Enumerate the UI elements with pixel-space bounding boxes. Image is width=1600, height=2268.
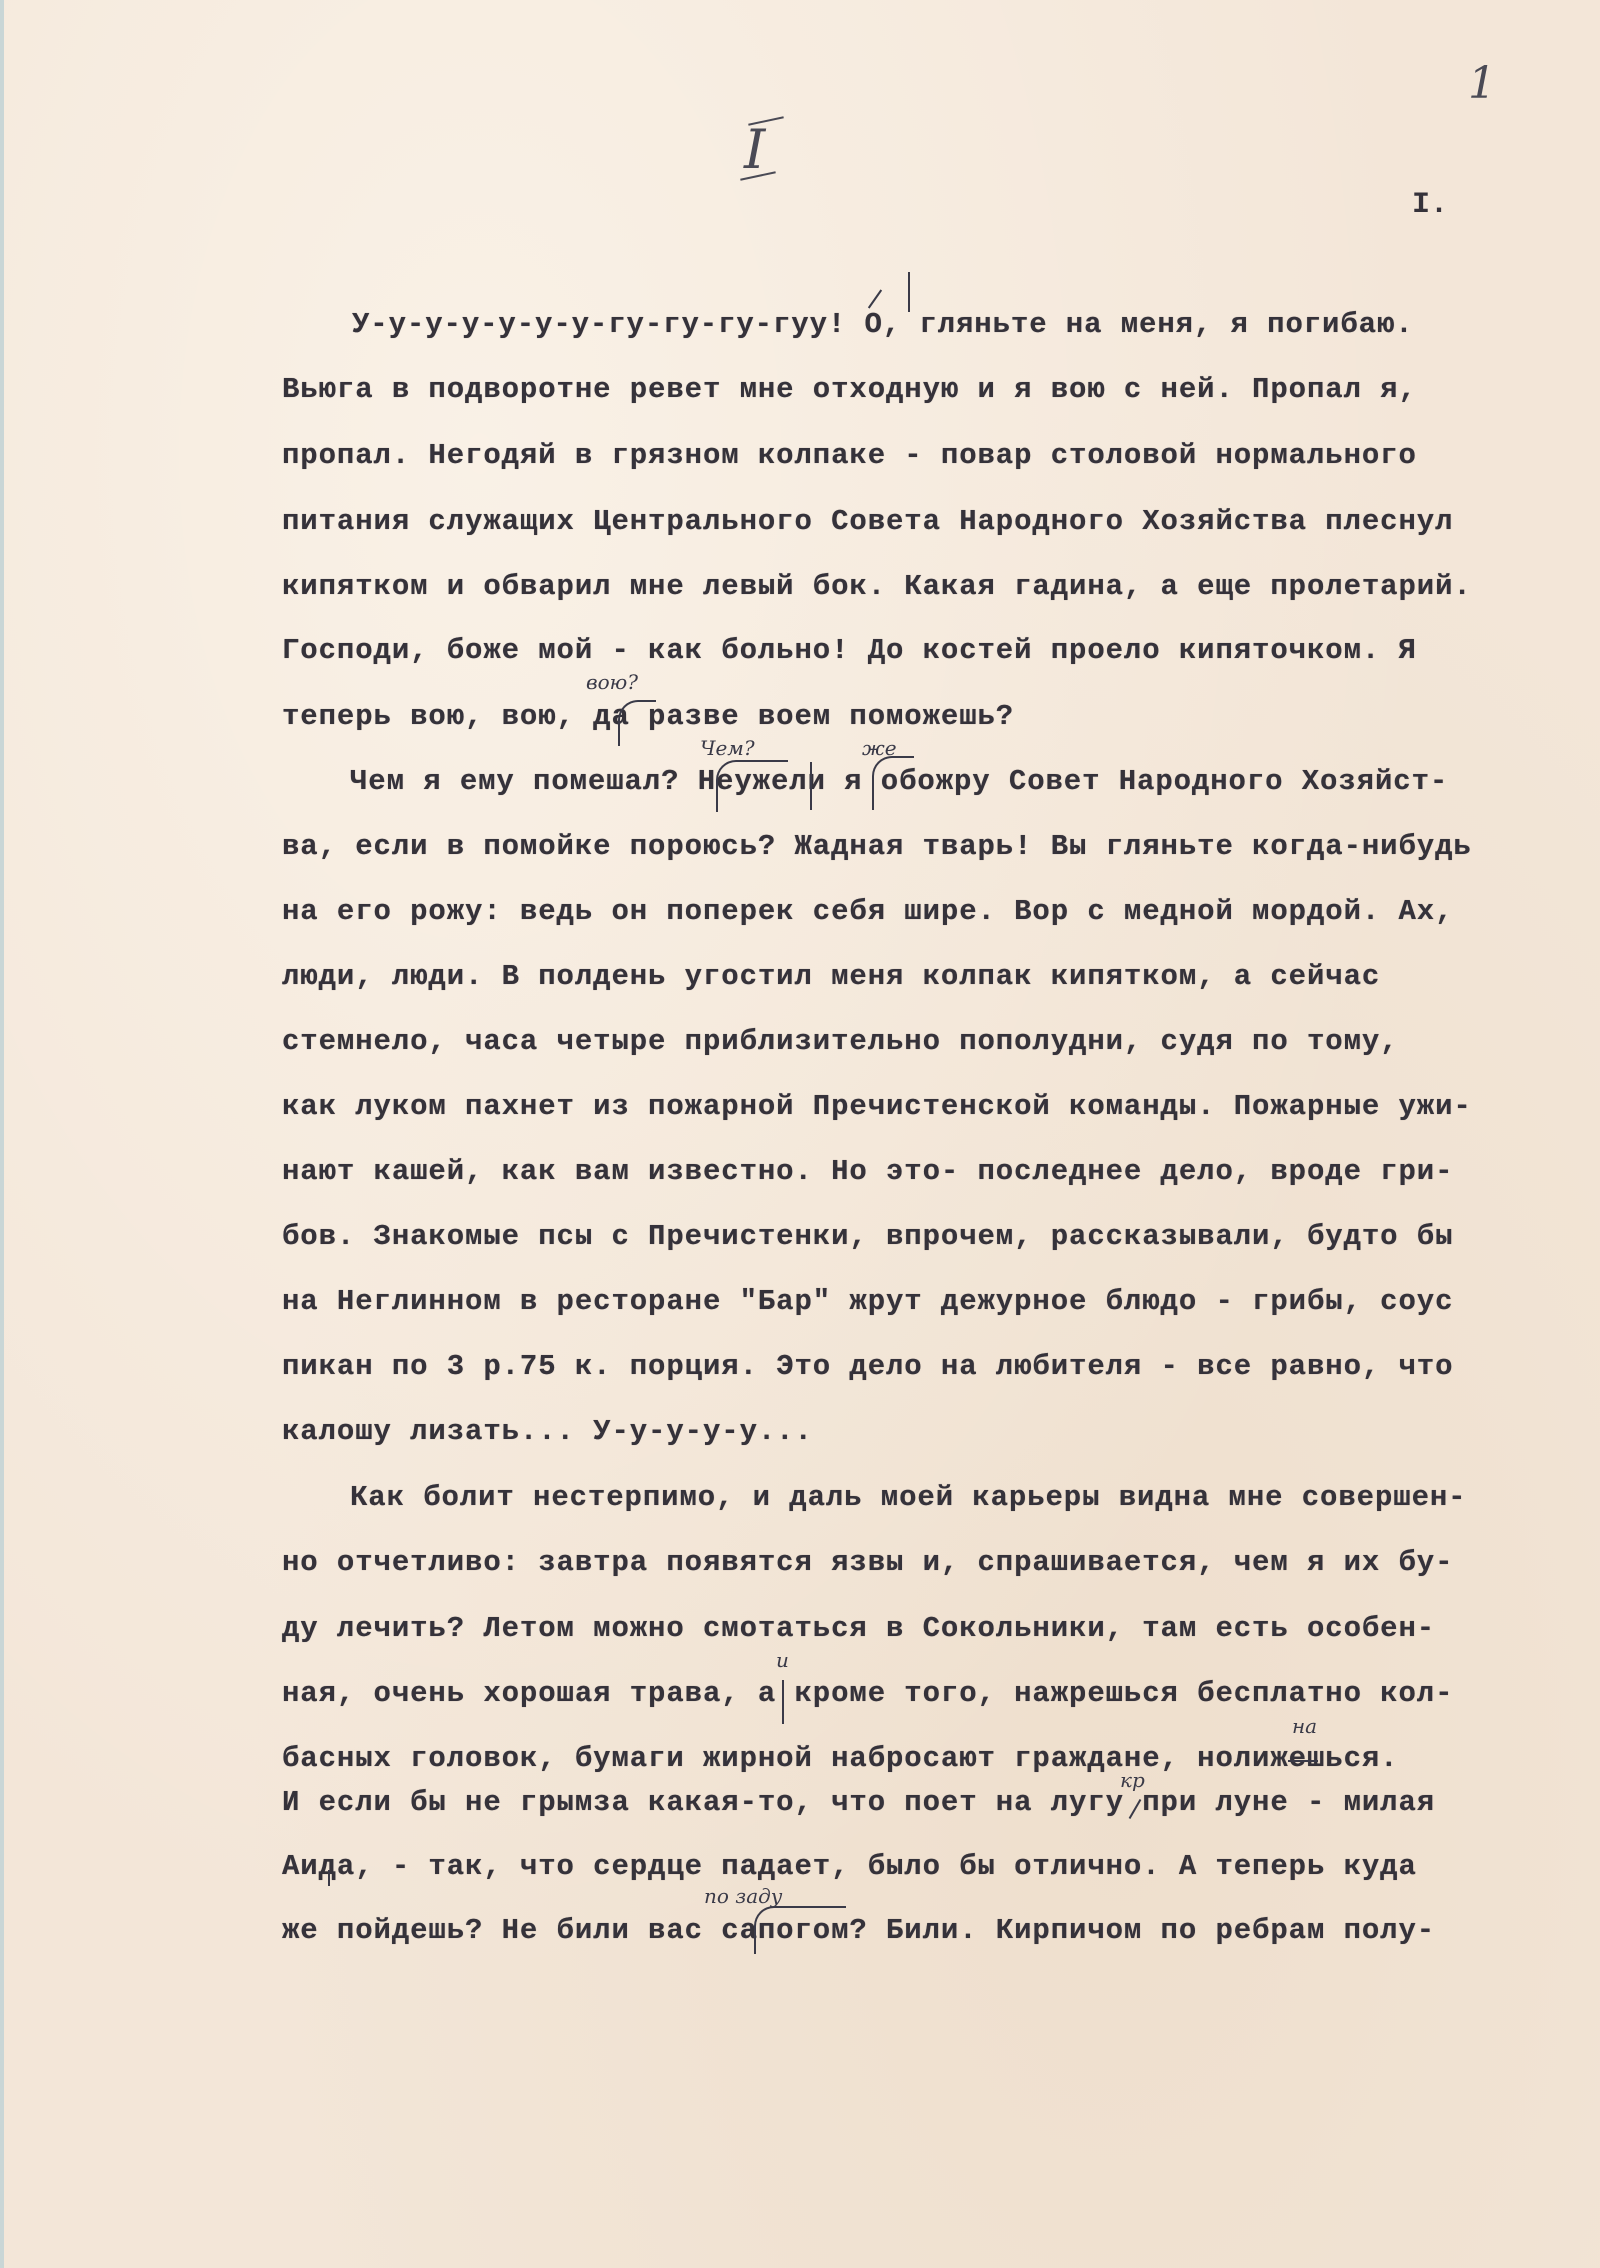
annotation-kr: кр — [1120, 1770, 1145, 1790]
insert-arc — [754, 1906, 846, 1954]
text-line: Вьюга в подворотне ревет мне отходную и … — [282, 375, 1417, 404]
text-line: пикан по 3 р.75 к. порция. Это дело на л… — [282, 1352, 1453, 1381]
text-line: ва, если в помойке пороюсь? Жадная тварь… — [282, 832, 1472, 861]
annotation-zhe: же — [862, 738, 897, 758]
insert-mark — [328, 1870, 330, 1886]
text-line: пропал. Негодяй в грязном колпаке - пова… — [282, 441, 1417, 470]
text-line: калошу лизать... У-у-у-у-у... — [282, 1417, 813, 1446]
text-line: Аида, - так, что сердце падает, было бы … — [282, 1852, 1417, 1881]
text-line: люди, люди. В полдень угостил меня колпа… — [282, 962, 1380, 991]
text-line: ная, очень хорошая трава, а кроме того, … — [282, 1679, 1453, 1708]
typed-chapter-number: I. — [1412, 188, 1448, 222]
handwritten-chapter-mark: I — [744, 118, 765, 181]
text-line: на его рожу: ведь он поперек себя шире. … — [282, 897, 1453, 926]
text-line: на Неглинном в ресторане "Бар" жрут дежу… — [282, 1287, 1453, 1316]
insert-arc — [716, 760, 788, 812]
annotation-na: на — [1292, 1716, 1317, 1736]
insert-arc — [618, 700, 656, 746]
text-line: И если бы не грымза какая-то, что поет н… — [282, 1788, 1435, 1817]
handwritten-page-number: 1 — [1468, 58, 1496, 109]
text-line: Как болит нестерпимо, и даль моей карьер… — [350, 1483, 1466, 1512]
annotation-po-zadu: по заду — [704, 1886, 782, 1906]
annotation-vou: вою? — [586, 672, 638, 692]
text-line: кипятком и обварил мне левый бок. Какая … — [282, 572, 1472, 601]
text-line: Господи, боже мой - как больно! До косте… — [282, 636, 1417, 665]
insert-arc — [872, 756, 914, 810]
annotation-chem: Чем? — [700, 738, 755, 758]
text-line: нают кашей, как вам известно. Но это- по… — [282, 1157, 1453, 1186]
text-line: питания служащих Центрального Совета Нар… — [282, 507, 1453, 536]
strike-mark — [868, 289, 882, 308]
annotation-i: и — [776, 1650, 789, 1670]
insert-mark — [908, 272, 910, 312]
text-line: ду лечить? Летом можно смотаться в Сокол… — [282, 1614, 1435, 1643]
text-line: У-у-у-у-у-у-у-гу-гу-гу-гуу! О, гляньте н… — [352, 310, 1414, 339]
scan-edge — [0, 0, 4, 2268]
text-line: же пойдешь? Не били вас сапогом? Били. К… — [282, 1916, 1435, 1945]
text-line: как луком пахнет из пожарной Пречистенск… — [282, 1092, 1472, 1121]
text-line: бов. Знакомые псы с Пречистенки, впрочем… — [282, 1222, 1453, 1251]
text-line: стемнело, часа четыре приблизительно поп… — [282, 1027, 1398, 1056]
strike-mark — [1288, 1760, 1318, 1762]
strike-mark — [810, 762, 812, 810]
insert-mark — [782, 1680, 784, 1724]
text-line: басных головок, бумаги жирной набросают … — [282, 1744, 1398, 1773]
text-line: но отчетливо: завтра появятся язвы и, сп… — [282, 1548, 1453, 1577]
